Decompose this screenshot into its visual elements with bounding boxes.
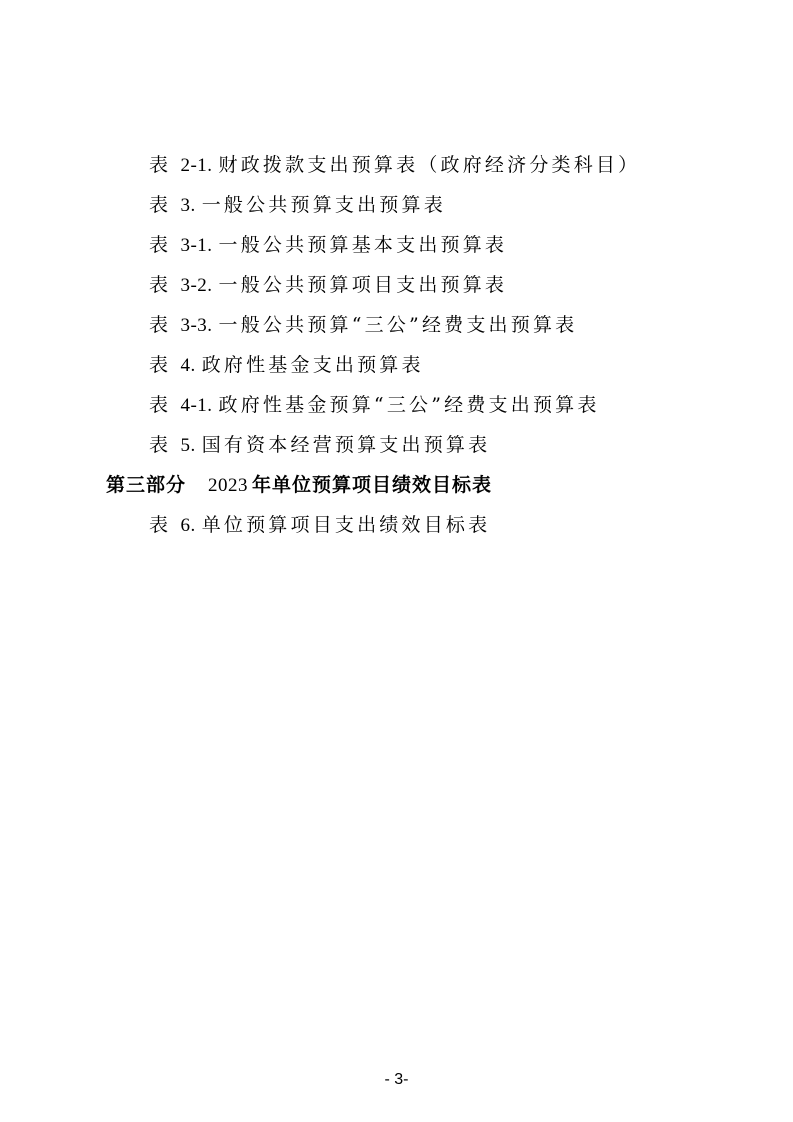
toc-item-table-3: 表 3.一般公共预算支出预算表 [149, 193, 446, 218]
toc-item-title: 财政拨款支出预算表（政府经济分类科目） [219, 154, 641, 176]
toc-item-title: 单位预算项目支出绩效目标表 [202, 514, 491, 536]
toc-item-title: 一般公共预算“三公”经费支出预算表 [219, 314, 578, 336]
toc-item-prefix: 表 [149, 234, 171, 256]
toc-item-table-3-2: 表 3-2.一般公共预算项目支出预算表 [149, 273, 507, 298]
part-year: 2023 [208, 475, 248, 496]
toc-item-number: 4. [180, 355, 195, 376]
page-number: - 3- [0, 1071, 793, 1089]
toc-item-title: 一般公共预算项目支出预算表 [219, 274, 508, 296]
toc-item-table-3-3: 表 3-3.一般公共预算“三公”经费支出预算表 [149, 313, 577, 338]
toc-item-table-4-1: 表 4-1.政府性基金预算“三公”经费支出预算表 [149, 393, 600, 418]
toc-item-prefix: 表 [149, 434, 171, 456]
toc-item-title: 一般公共预算支出预算表 [202, 194, 446, 216]
toc-item-table-3-1: 表 3-1.一般公共预算基本支出预算表 [149, 233, 507, 258]
toc-item-prefix: 表 [149, 314, 171, 336]
toc-item-prefix: 表 [149, 514, 171, 536]
toc-item-title: 一般公共预算基本支出预算表 [219, 234, 508, 256]
toc-item-prefix: 表 [149, 274, 171, 296]
toc-item-table-4: 表 4.政府性基金支出预算表 [149, 353, 424, 378]
toc-item-number: 3. [180, 195, 195, 216]
toc-item-number: 3-1. [180, 235, 212, 256]
toc-item-title: 政府性基金支出预算表 [202, 354, 424, 376]
toc-item-number: 3-3. [180, 315, 212, 336]
toc-item-prefix: 表 [149, 354, 171, 376]
toc-item-title: 国有资本经营预算支出预算表 [202, 434, 491, 456]
toc-part-3-heading: 第三部分2023年单位预算项目绩效目标表 [106, 473, 492, 498]
toc-item-number: 2-1. [180, 155, 212, 176]
toc-item-table-6: 表 6.单位预算项目支出绩效目标表 [149, 513, 490, 538]
toc-item-number: 3-2. [180, 275, 212, 296]
toc-item-table-2-1: 表 2-1.财政拨款支出预算表（政府经济分类科目） [149, 153, 640, 178]
part-label: 第三部分 [106, 474, 186, 496]
toc-item-number: 6. [180, 515, 195, 536]
toc-item-prefix: 表 [149, 194, 171, 216]
part-title: 年单位预算项目绩效目标表 [252, 474, 492, 496]
toc-item-title: 政府性基金预算“三公”经费支出预算表 [219, 394, 600, 416]
toc-item-table-5: 表 5.国有资本经营预算支出预算表 [149, 433, 490, 458]
toc-item-prefix: 表 [149, 394, 171, 416]
toc-item-number: 4-1. [180, 395, 212, 416]
toc-item-number: 5. [180, 435, 195, 456]
toc-item-prefix: 表 [149, 154, 171, 176]
